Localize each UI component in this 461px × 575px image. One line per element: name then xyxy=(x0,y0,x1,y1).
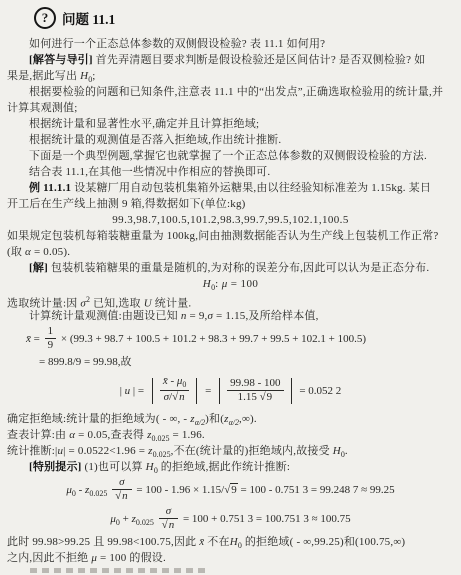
example-line-3: 如果规定包装机每箱装糖重量为 100kg,问由抽测数据能否认为生产线上包装机工作… xyxy=(0,228,461,244)
example-line-1: 例 11.1.1 设某糖厂用自动包装机集箱外运糖果,由以往经验知标准差为 1.1… xyxy=(0,180,461,196)
formula-xbar: x̄ = 19 × (99.3 + 98.7 + 100.5 + 101.2 +… xyxy=(0,324,461,354)
conclusion-line-1: 此时 99.98>99.25 且 99.98<100.75,因此 x̄ 不在H0… xyxy=(0,534,461,550)
example-line-2: 开工后在生产线上抽测 9 箱,得数据如下(单位:kg) xyxy=(0,196,461,212)
formula-xbar-result: = 899.8/9 = 99.98,故 xyxy=(0,354,461,371)
rejection-region-line: 确定拒绝域:统计量的拒绝域为( - ∞, - zα/2)和(zα/2,∞). xyxy=(0,411,461,427)
compute-line: 计算统计量观测值:由题设已知 n = 9,σ = 1.15,及所给样本值, xyxy=(0,308,461,324)
formula-lower-bound: μ0 - z0.025 σ√n = 100 - 1.96 × 1.15/√9 =… xyxy=(0,475,461,505)
sample-data-line: 99.3,98.7,100.5,101.2,98.3,99.7,99.5,102… xyxy=(0,212,461,228)
table-lookup-line: 查表计算:由 α = 0.05,查表得 z0.025 = 1.96. xyxy=(0,427,461,443)
inference-line: 统计推断:|u| = 0.0522<1.96 = z0.025,不在(统计量的)… xyxy=(0,443,461,459)
textbook-page: ? 问题 11.1 如何进行一个正态总体参数的双侧假设检验? 表 11.1 如何… xyxy=(0,0,461,575)
statistic-line: 选取统计量:因 σ2 已知,选取 U 统计量. xyxy=(0,292,461,308)
example-line-4: (取 α = 0.05). xyxy=(0,244,461,260)
guide-line-7: 下面是一个典型例题,掌握它也就掌握了一个正态总体参数的双侧假设检验的方法. xyxy=(0,148,461,164)
guide-line-4: 计算其观测值; xyxy=(0,100,461,116)
guide-line-5: 根据统计量和显著性水平,确定并且计算拒绝域; xyxy=(0,116,461,132)
guide-line-6: 根据统计量的观测值是否落入拒绝域,作出统计推断. xyxy=(0,132,461,148)
guide-line-8: 结合表 11.1,在其他一些情况中作相应的替换即可. xyxy=(0,164,461,180)
section-header: ? 问题 11.1 xyxy=(34,7,461,29)
clipped-line-remnant xyxy=(30,568,210,573)
document-body: 如何进行一个正态总体参数的双侧假设检验? 表 11.1 如何用?[解答与导引] … xyxy=(0,36,461,566)
page-title: 问题 11.1 xyxy=(62,8,115,28)
question-mark-icon: ? xyxy=(34,7,56,29)
formula-upper-bound: μ0 + z0.025 σ√n = 100 + 0.751 3 = 100.75… xyxy=(0,505,461,534)
special-note-line: [特别提示] (1)也可以算 H0 的拒绝域,据此作统计推断: xyxy=(0,459,461,475)
guide-line-1: [解答与导引] 首先弄清题目要求判断是假设检验还是区间估计? 是否双侧检验? 如 xyxy=(0,52,461,68)
guide-line-3: 根据要检验的问题和已知条件,注意表 11.1 中的“出发点”,正确选取检验用的统… xyxy=(0,84,461,100)
hypothesis-line: H0: μ = 100 xyxy=(0,276,461,292)
conclusion-line-2: 之内,因此不拒绝 μ = 100 的假设. xyxy=(0,550,461,566)
formula-u-statistic: | u | = x̄ - μ0σ/√n = 99.98 - 1001.15 √9… xyxy=(0,371,461,411)
guide-line-2: 果是,据此写出 H0; xyxy=(0,68,461,84)
solution-line-1: [解] 包装机装箱糖果的重量是随机的,为对称的误差分布,因此可以认为是正态分布. xyxy=(0,260,461,276)
question-line: 如何进行一个正态总体参数的双侧假设检验? 表 11.1 如何用? xyxy=(0,36,461,52)
